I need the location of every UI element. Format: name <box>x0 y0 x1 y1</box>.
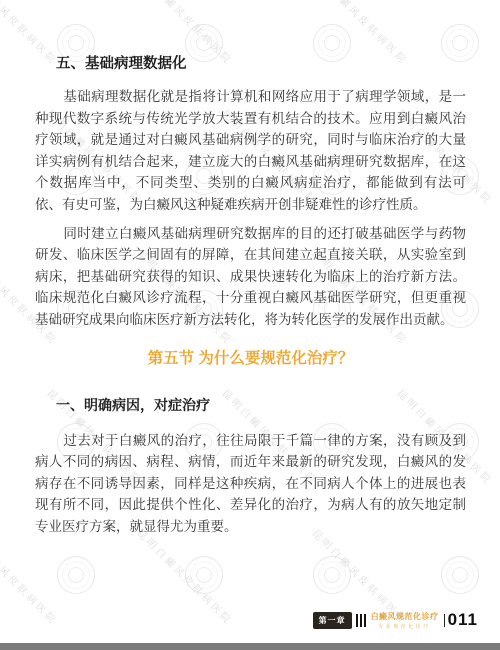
page-footer: 第一章 白癜风规范化诊疗 专业规范化诊疗 011 <box>313 610 478 630</box>
paragraph-1: 基础病理数据化就是指将计算机和网络应用于了病理学领域，是一种现代数字系统与传统光… <box>35 86 466 216</box>
watermark-seal-icon <box>57 556 95 594</box>
divider-bars-icon <box>356 614 368 627</box>
paragraph-2: 同时建立白癜风基础病理研究数据库的目的还打破基础医学与药物研发、临床医学之间固有… <box>35 223 466 331</box>
footer-book-subtitle: 专业规范化诊疗 <box>378 623 431 630</box>
page-number: 011 <box>448 610 478 630</box>
chapter-badge: 第一章 <box>313 612 352 629</box>
watermark-seal-icon <box>313 556 351 594</box>
watermark-seal-icon <box>441 556 479 594</box>
watermark-seal-icon <box>185 556 223 594</box>
bottom-bar <box>0 643 500 650</box>
sub-heading: 一、明确病因，对症治疗 <box>56 395 466 415</box>
divider-line <box>444 614 445 627</box>
document-page: 昆明白癜风皮肤病医院昆明白癜风皮肤病医院昆明白癜风皮肤病医院昆明白癜风皮肤病医院… <box>0 0 500 650</box>
section-heading: 五、基础病理数据化 <box>56 52 466 73</box>
section-title: 第五节 为什么要规范化治疗？ <box>35 346 466 368</box>
footer-book-block: 白癜风规范化诊疗 专业规范化诊疗 <box>371 611 439 630</box>
footer-book-title: 白癜风规范化诊疗 <box>371 611 439 622</box>
paragraph-3: 过去对于白癜风的治疗，往往局限于千篇一律的方案，没有顾及到病人不同的病因、病程、… <box>35 430 466 538</box>
page-content: 五、基础病理数据化 基础病理数据化就是指将计算机和网络应用于了病理学领域，是一种… <box>35 52 466 545</box>
